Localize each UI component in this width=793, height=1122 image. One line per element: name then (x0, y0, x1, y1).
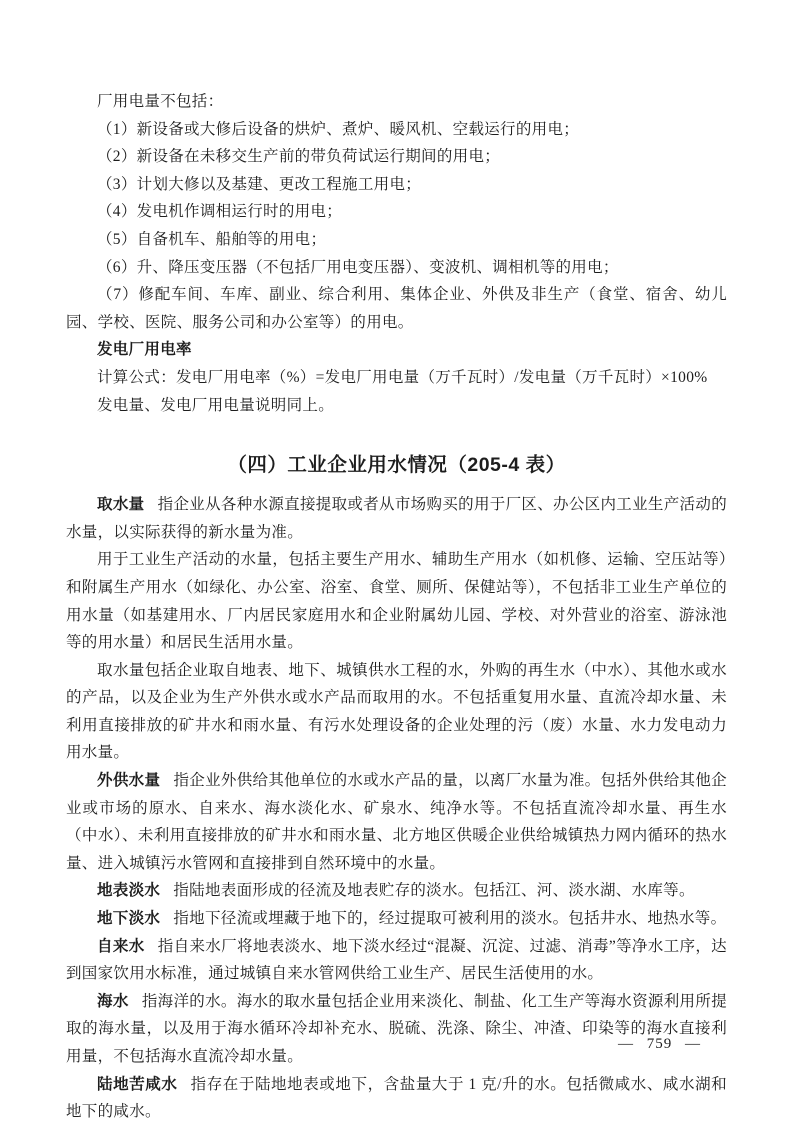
definition-term: 陆地苦咸水 (97, 1076, 177, 1093)
paragraph-intro: 厂用电量不包括： (66, 88, 727, 116)
definition-term: 地表淡水 (97, 882, 160, 899)
page-number: — 759 — (618, 1036, 701, 1053)
definition-text: 指企业从各种水源直接提取或者从市场购买的用于厂区、办公区内工业生产活动的水量，以… (66, 496, 727, 541)
list-item-4: （4）发电机作调相运行时的用电； (66, 198, 727, 226)
definition-text: 指企业外供给其他单位的水或水产品的量，以离厂水量为准。包括外供给其他企业或市场的… (66, 772, 727, 872)
definition-term-power-rate: 发电厂用电率 (66, 336, 727, 364)
definition-paragraph-surface-freshwater: 地表淡水指陆地表面形成的径流及地表贮存的淡水。包括江、河、淡水湖、水库等。 (66, 877, 727, 905)
list-item-7: （7）修配车间、车库、副业、综合利用、集体企业、外供及非生产（食堂、宿舍、幼儿园… (66, 281, 727, 336)
definition-text: 指陆地表面形成的径流及地表贮存的淡水。包括江、河、淡水湖、水库等。 (173, 882, 694, 899)
definition-term: 海水 (97, 993, 129, 1010)
definition-term: 外供水量 (97, 772, 160, 789)
definition-paragraph-brackish-water: 陆地苦咸水指存在于陆地地表或地下，含盐量大于 1 克/升的水。包括微咸水、咸水湖… (66, 1071, 727, 1122)
definition-text: 指地下径流或埋藏于地下的，经过提取可被利用的淡水。包括井水、地热水等。 (173, 910, 726, 927)
document-page: 厂用电量不包括： （1）新设备或大修后设备的烘炉、煮炉、暖风机、空载运行的用电；… (0, 0, 793, 1122)
note-line: 发电量、发电厂用电量说明同上。 (66, 392, 727, 420)
page-content: 厂用电量不包括： （1）新设备或大修后设备的烘炉、煮炉、暖风机、空载运行的用电；… (0, 0, 793, 1122)
list-item-3: （3）计划大修以及基建、更改工程施工用电； (66, 171, 727, 199)
definition-text: 指自来水厂将地表淡水、地下淡水经过“混凝、沉淀、过滤、消毒”等净水工序，达到国家… (66, 938, 727, 983)
definition-term: 自来水 (97, 938, 145, 955)
list-item-5: （5）自备机车、船舶等的用电； (66, 226, 727, 254)
definition-paragraph-seawater: 海水指海洋的水。海水的取水量包括企业用来淡化、制盐、化工生产等海水资源利用所提取… (66, 988, 727, 1071)
definition-paragraph-external-supply: 外供水量指企业外供给其他单位的水或水产品的量，以离厂水量为准。包括外供给其他企业… (66, 767, 727, 877)
definition-text: 取水量包括企业取自地表、地下、城镇供水工程的水，外购的再生水（中水）、其他水或水… (66, 662, 727, 762)
definition-paragraph-ground-freshwater: 地下淡水指地下径流或埋藏于地下的，经过提取可被利用的淡水。包括井水、地热水等。 (66, 905, 727, 933)
list-item-2: （2）新设备在未移交生产前的带负荷试运行期间的用电； (66, 143, 727, 171)
definition-text: 用于工业生产活动的水量，包括主要生产用水、辅助生产用水（如机修、运输、空压站等）… (66, 551, 727, 651)
definition-term: 取水量 (97, 496, 144, 513)
paragraph: 取水量包括企业取自地表、地下、城镇供水工程的水，外购的再生水（中水）、其他水或水… (66, 657, 727, 767)
formula-line: 计算公式：发电厂用电率（%）=发电厂用电量（万千瓦时）/发电量（万千瓦时）×10… (66, 364, 727, 392)
paragraph: 用于工业生产活动的水量，包括主要生产用水、辅助生产用水（如机修、运输、空压站等）… (66, 546, 727, 656)
definition-paragraph-water-intake: 取水量指企业从各种水源直接提取或者从市场购买的用于厂区、办公区内工业生产活动的水… (66, 491, 727, 546)
list-item-1: （1）新设备或大修后设备的烘炉、煮炉、暖风机、空载运行的用电； (66, 116, 727, 144)
section-heading: （四）工业企业用水情况（205-4 表） (66, 449, 727, 477)
definition-text: 指海洋的水。海水的取水量包括企业用来淡化、制盐、化工生产等海水资源利用所提取的海… (66, 993, 727, 1065)
definition-term: 地下淡水 (97, 910, 160, 927)
list-item-6: （6）升、降压变压器（不包括厂用电变压器）、变波机、调相机等的用电； (66, 254, 727, 282)
definition-paragraph-tap-water: 自来水指自来水厂将地表淡水、地下淡水经过“混凝、沉淀、过滤、消毒”等净水工序，达… (66, 933, 727, 988)
